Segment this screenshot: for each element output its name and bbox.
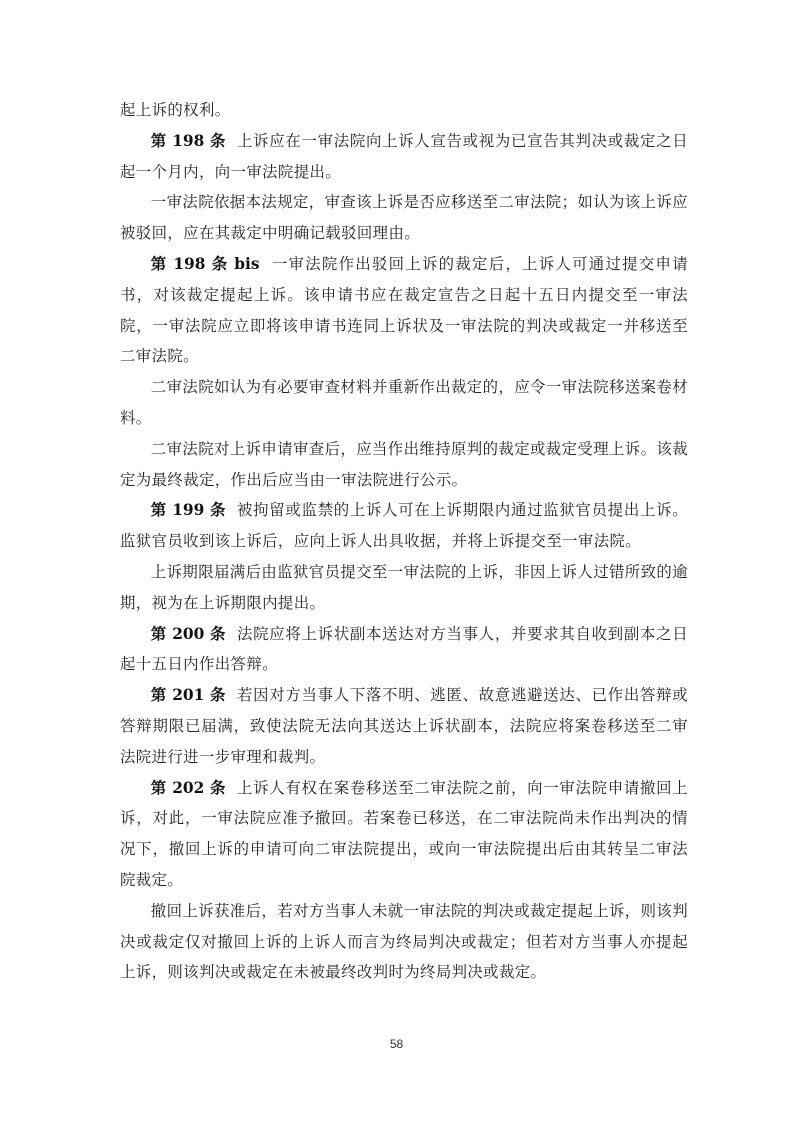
article-number: 第 200 条 <box>151 625 226 643</box>
article-198: 第 198 条 上诉应在一审法院向上诉人宣告或视为已宣告其判决或裁定之日起一个月… <box>120 126 688 188</box>
paragraph-text: 二审法院如认为有必要审查材料并重新作出裁定的，应令一审法院移送案卷材料。 <box>120 378 688 427</box>
article-number: 第 202 条 <box>151 779 226 797</box>
article-198-bis: 第 198 条 bis 一审法院作出驳回上诉的裁定后，上诉人可通过提交申请书，对… <box>120 249 688 372</box>
article-199: 第 199 条 被拘留或监禁的上诉人可在上诉期限内通过监狱官员提出上诉。监狱官员… <box>120 495 688 557</box>
paragraph: 二审法院如认为有必要审查材料并重新作出裁定的，应令一审法院移送案卷材料。 <box>120 372 688 434</box>
paragraph: 上诉期限届满后由监狱官员提交至一审法院的上诉，非因上诉人过错所致的逾期，视为在上… <box>120 557 688 619</box>
paragraph-text: 二审法院对上诉申请审查后，应当作出维持原判的裁定或裁定受理上诉。该裁定为最终裁定… <box>120 440 688 489</box>
paragraph: 一审法院依据本法规定，审查该上诉是否应移送至二审法院；如认为该上诉应被驳回，应在… <box>120 187 688 249</box>
paragraph-text: 起上诉的权利。 <box>120 101 231 119</box>
article-number: 第 201 条 <box>151 686 226 704</box>
paragraph-text: 一审法院依据本法规定，审查该上诉是否应移送至二审法院；如认为该上诉应被驳回，应在… <box>120 193 688 242</box>
article-number: 第 198 条 bis <box>151 255 260 273</box>
article-201: 第 201 条 若因对方当事人下落不明、逃匿、故意逃避送达、已作出答辩或答辩期限… <box>120 680 688 772</box>
paragraph-text: 撤回上诉获准后，若对方当事人未就一审法院的判决或裁定提起上诉，则该判决或裁定仅对… <box>120 902 688 982</box>
article-number: 第 198 条 <box>151 132 226 150</box>
article-200: 第 200 条 法院应将上诉状副本送达对方当事人，并要求其自收到副本之日起十五日… <box>120 619 688 681</box>
paragraph-text: 上诉期限届满后由监狱官员提交至一审法院的上诉，非因上诉人过错所致的逾期，视为在上… <box>120 563 688 612</box>
article-202: 第 202 条 上诉人有权在案卷移送至二审法院之前，向一审法院申请撤回上诉，对此… <box>120 773 688 896</box>
document-body: 起上诉的权利。 第 198 条 上诉应在一审法院向上诉人宣告或视为已宣告其判决或… <box>120 95 688 988</box>
article-number: 第 199 条 <box>151 501 226 519</box>
page-number: 58 <box>0 1037 793 1051</box>
paragraph: 撤回上诉获准后，若对方当事人未就一审法院的判决或裁定提起上诉，则该判决或裁定仅对… <box>120 896 688 988</box>
paragraph: 二审法院对上诉申请审查后，应当作出维持原判的裁定或裁定受理上诉。该裁定为最终裁定… <box>120 434 688 496</box>
paragraph-continuation: 起上诉的权利。 <box>120 95 688 126</box>
